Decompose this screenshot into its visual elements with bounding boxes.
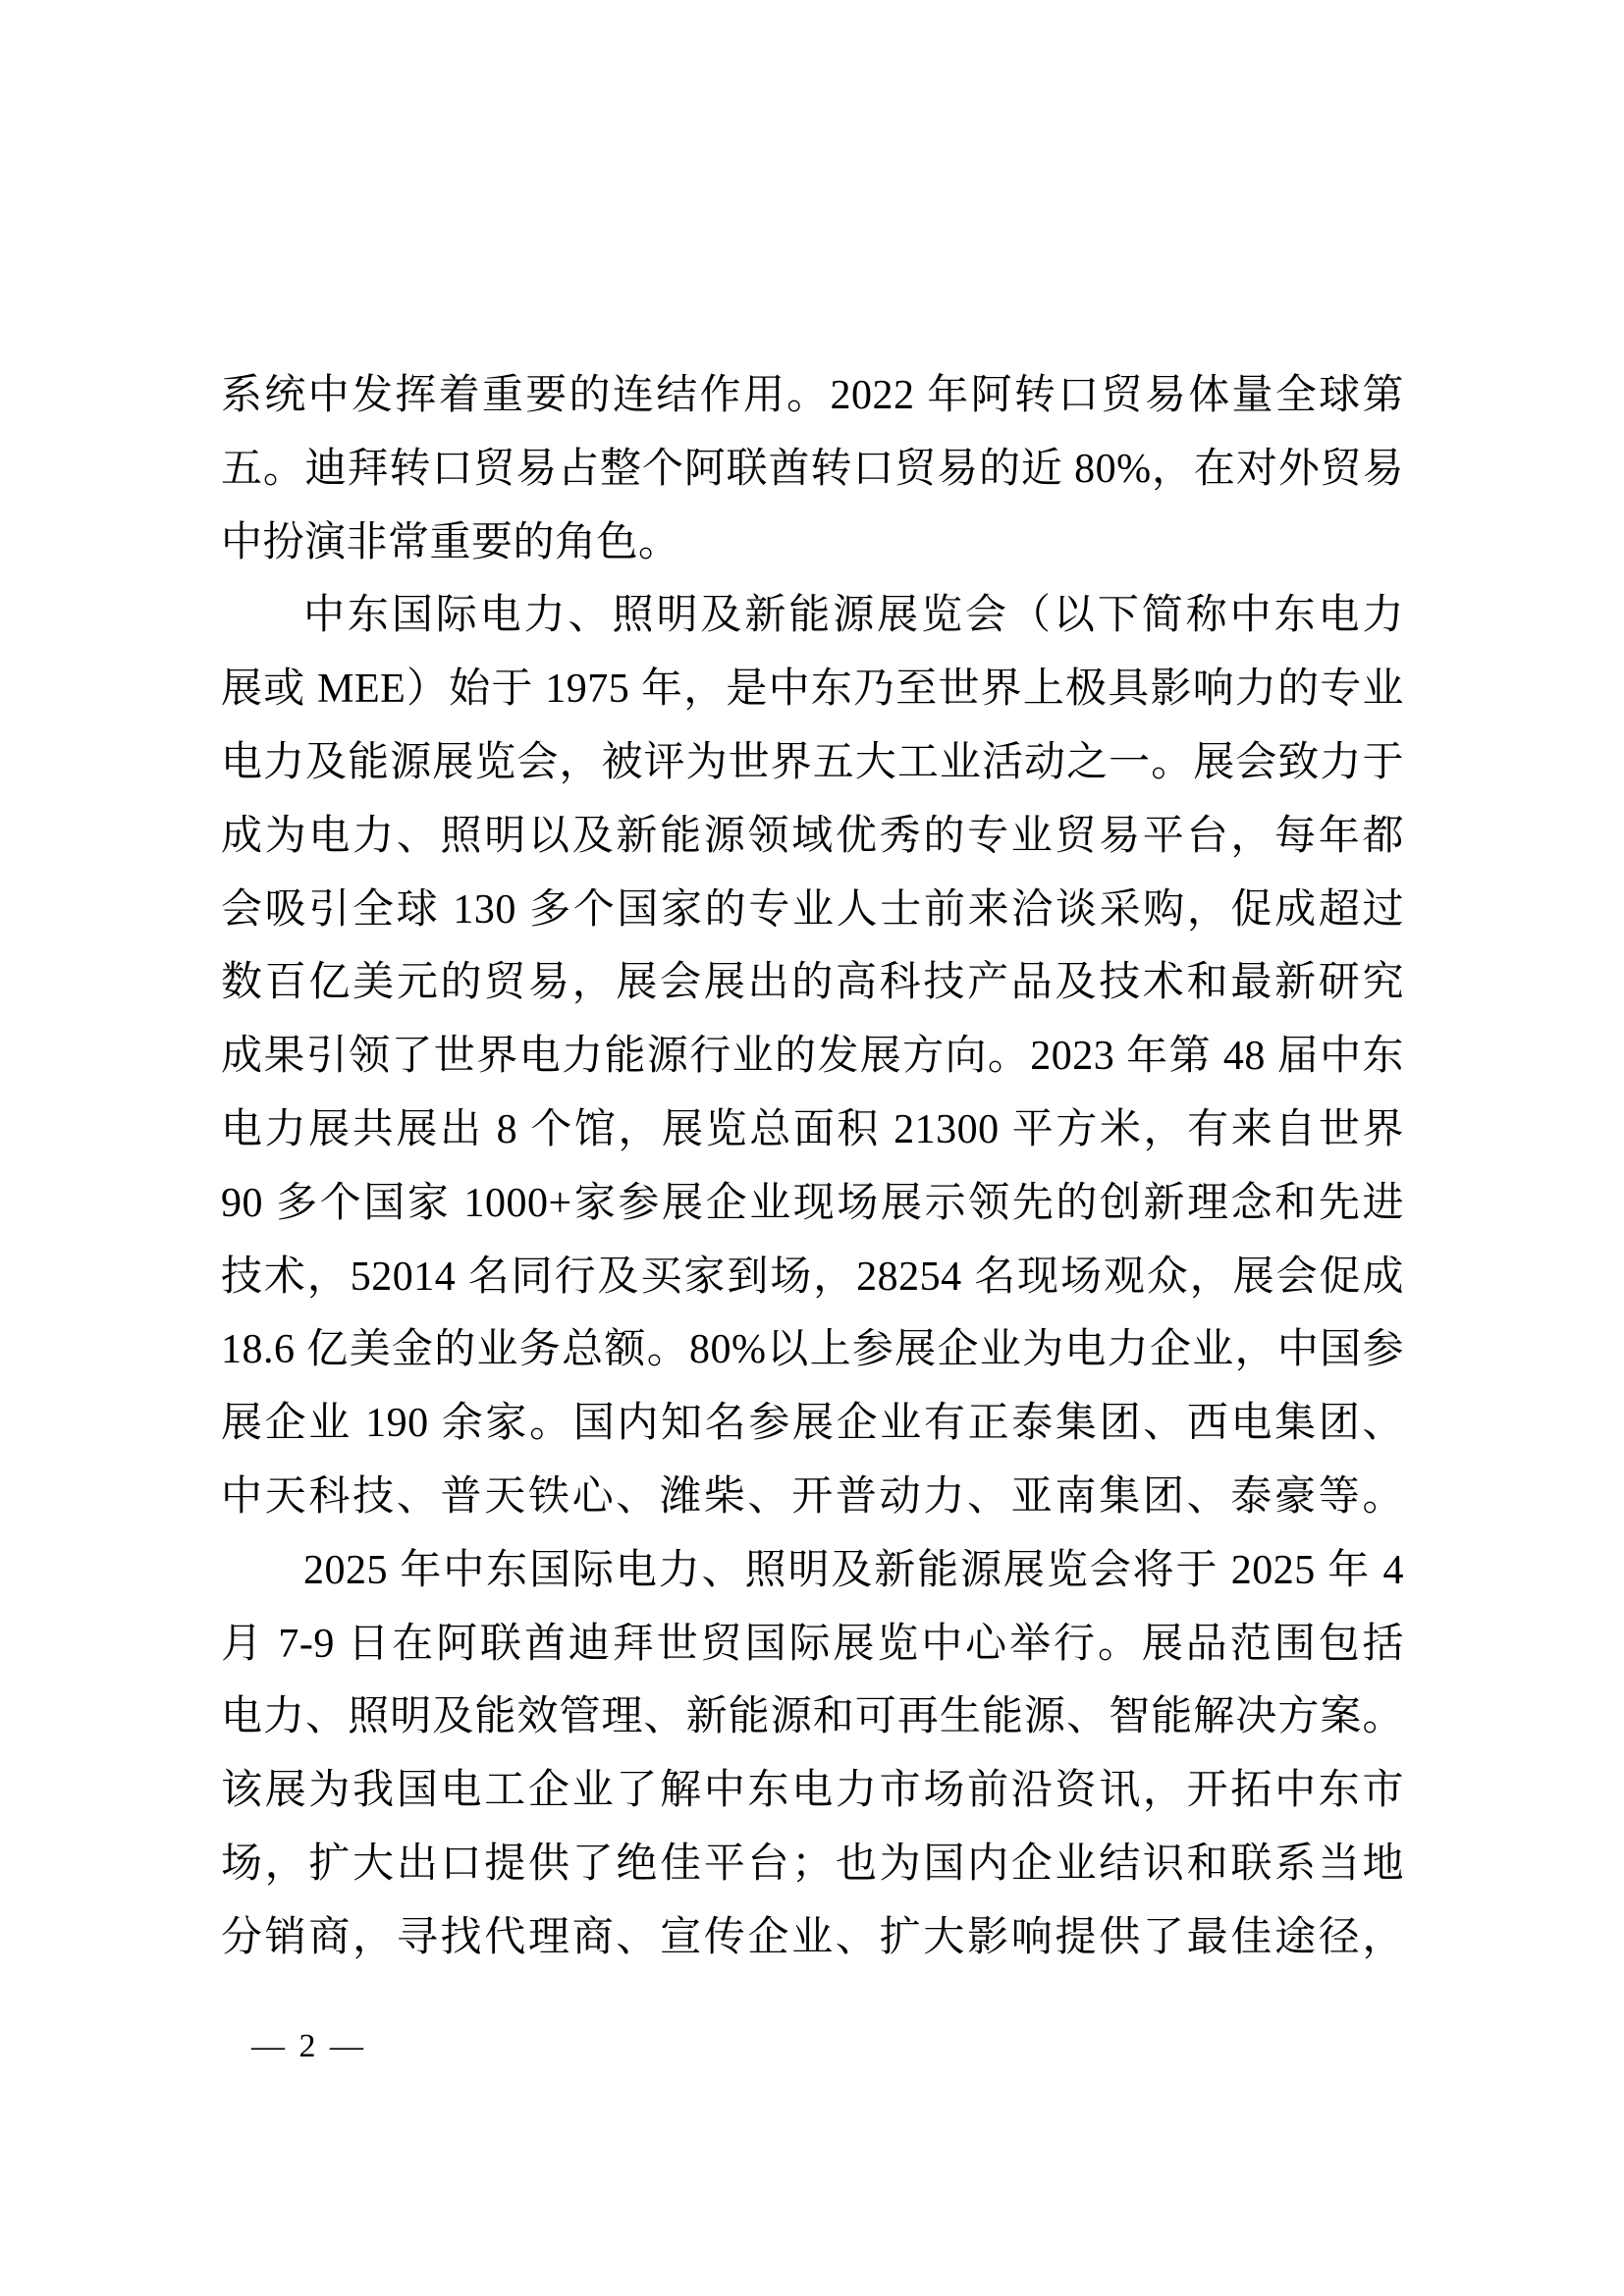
body-line: 成果引领了世界电力能源行业的发展方向。2023 年第 48 届中东	[221, 1020, 1404, 1094]
body-line: 分销商，寻找代理商、宣传企业、扩大影响提供了最佳途径，	[221, 1901, 1404, 1975]
body-line: 中天科技、普天铁心、潍柴、开普动力、亚南集团、泰豪等。	[221, 1461, 1404, 1534]
body-line: 电力、照明及能效管理、新能源和可再生能源、智能解决方案。	[221, 1681, 1404, 1754]
document-page: 系统中发挥着重要的连结作用。2022 年阿转口贸易体量全球第 五。迪拜转口贸易占…	[0, 0, 1624, 2296]
document-body: 系统中发挥着重要的连结作用。2022 年阿转口贸易体量全球第 五。迪拜转口贸易占…	[221, 359, 1404, 1975]
body-line-paragraph-start: 中东国际电力、照明及新能源展览会（以下简称中东电力	[221, 579, 1404, 653]
body-line: 90 多个国家 1000+家参展企业现场展示领先的创新理念和先进	[221, 1167, 1404, 1241]
body-line: 技术，52014 名同行及买家到场，28254 名现场观众，展会促成	[221, 1241, 1404, 1314]
body-line: 电力及能源展览会，被评为世界五大工业活动之一。展会致力于	[221, 726, 1404, 800]
body-line: 场，扩大出口提供了绝佳平台；也为国内企业结识和联系当地	[221, 1828, 1404, 1901]
body-line: 系统中发挥着重要的连结作用。2022 年阿转口贸易体量全球第	[221, 359, 1404, 433]
body-line-paragraph-start: 2025 年中东国际电力、照明及新能源展览会将于 2025 年 4	[221, 1534, 1404, 1608]
body-line: 该展为我国电工企业了解中东电力市场前沿资讯，开拓中东市	[221, 1754, 1404, 1828]
body-line: 月 7-9 日在阿联酋迪拜世贸国际展览中心举行。展品范围包括	[221, 1608, 1404, 1682]
page-number: — 2 —	[251, 2028, 366, 2065]
body-line: 成为电力、照明以及新能源领域优秀的专业贸易平台，每年都	[221, 800, 1404, 874]
body-line: 展企业 190 余家。国内知名参展企业有正泰集团、西电集团、	[221, 1387, 1404, 1461]
body-line: 展或 MEE）始于 1975 年，是中东乃至世界上极具影响力的专业	[221, 653, 1404, 726]
body-line: 18.6 亿美金的业务总额。80%以上参展企业为电力企业，中国参	[221, 1313, 1404, 1387]
body-line: 电力展共展出 8 个馆，展览总面积 21300 平方米，有来自世界	[221, 1094, 1404, 1167]
body-line: 中扮演非常重要的角色。	[221, 507, 1404, 580]
body-line: 数百亿美元的贸易，展会展出的高科技产品及技术和最新研究	[221, 946, 1404, 1020]
body-line: 会吸引全球 130 多个国家的专业人士前来洽谈采购，促成超过	[221, 874, 1404, 947]
body-line: 五。迪拜转口贸易占整个阿联酋转口贸易的近 80%，在对外贸易	[221, 433, 1404, 507]
